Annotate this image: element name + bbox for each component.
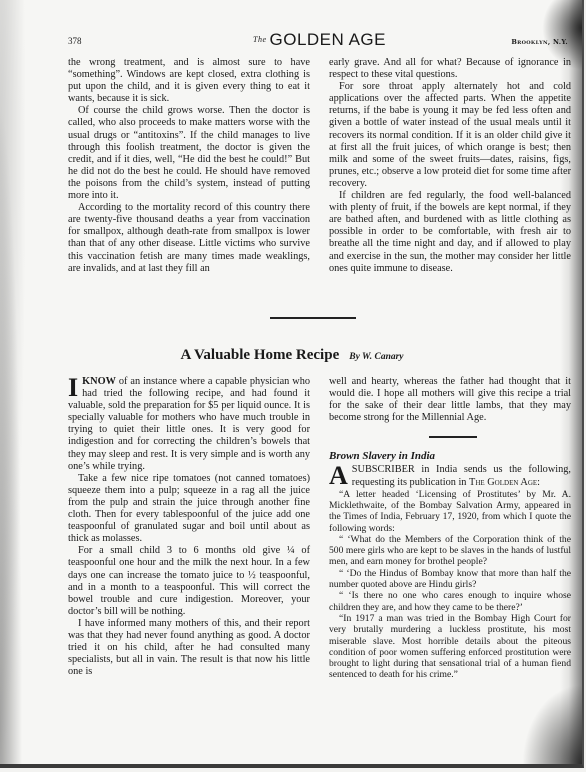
lead-word: SUBSCRIBER <box>352 464 415 475</box>
recipe-article-column-1: IKNOW of an instance where a capable phy… <box>68 376 310 678</box>
lead-text: of an instance where a capable physician… <box>68 376 310 472</box>
top-article-column-1: the wrong treatment, and is almost sure … <box>68 57 310 275</box>
paragraph: Take a few nice ripe tomatoes (not canne… <box>68 473 310 546</box>
scan-shadow-bottom-right <box>522 684 582 764</box>
recipe-article-column-2: well and hearty, whereas the father had … <box>329 376 571 681</box>
paragraph: Of course the child grows worse. Then th… <box>68 105 310 202</box>
quote-paragraph: “In 1917 a man was tried in the Bombay H… <box>329 613 571 681</box>
top-article-column-2: early grave. And all for what? Because o… <box>329 57 571 275</box>
paragraph: the wrong treatment, and is almost sure … <box>68 57 310 105</box>
quote-paragraph: “ ‘Do the Hindus of Bombay know that mor… <box>329 568 571 591</box>
section-divider <box>429 436 477 438</box>
lead-paragraph: ASUBSCRIBER in India sends us the follow… <box>329 464 571 488</box>
paragraph: well and hearty, whereas the father had … <box>329 376 571 424</box>
lead-word: KNOW <box>82 376 116 387</box>
masthead-title: GOLDEN AGE <box>270 30 386 49</box>
page-number: 378 <box>68 36 82 46</box>
masthead: TheGOLDEN AGE <box>253 30 386 50</box>
paragraph: I have informed many mothers of this, an… <box>68 618 310 678</box>
quote-paragraph: “ ‘What do the Members of the Corporatio… <box>329 534 571 568</box>
paragraph: According to the mortality record of thi… <box>68 202 310 275</box>
lead-paragraph: IKNOW of an instance where a capable phy… <box>68 376 310 473</box>
masthead-prefix: The <box>253 35 267 44</box>
page-header: 378 TheGOLDEN AGE Brooklyn, N.Y. <box>68 30 568 52</box>
quote-paragraph: “ ‘Is there no one who cares enough to i… <box>329 590 571 613</box>
drop-cap: I <box>68 377 78 399</box>
magazine-page: 378 TheGOLDEN AGE Brooklyn, N.Y. the wro… <box>0 0 584 768</box>
paragraph: For sore throat apply alternately hot an… <box>329 81 571 190</box>
article-byline: By W. Canary <box>349 352 403 362</box>
paragraph: If children are fed regularly, the food … <box>329 190 571 275</box>
paragraph: For a small child 3 to 6 months old give… <box>68 545 310 618</box>
scan-edge-left <box>0 0 26 764</box>
recipe-article-heading: A Valuable Home Recipe By W. Canary <box>0 346 584 364</box>
quote-paragraph: “A letter headed ‘Licensing of Prostitut… <box>329 489 571 534</box>
publication-name: The Golden Age: <box>469 477 540 488</box>
section-divider <box>270 317 356 319</box>
drop-cap: A <box>329 465 348 487</box>
slavery-article-title: Brown Slavery in India <box>329 450 571 462</box>
article-title: A Valuable Home Recipe <box>180 347 339 363</box>
paragraph: early grave. And all for what? Because o… <box>329 57 571 81</box>
dateline: Brooklyn, N.Y. <box>511 38 568 46</box>
